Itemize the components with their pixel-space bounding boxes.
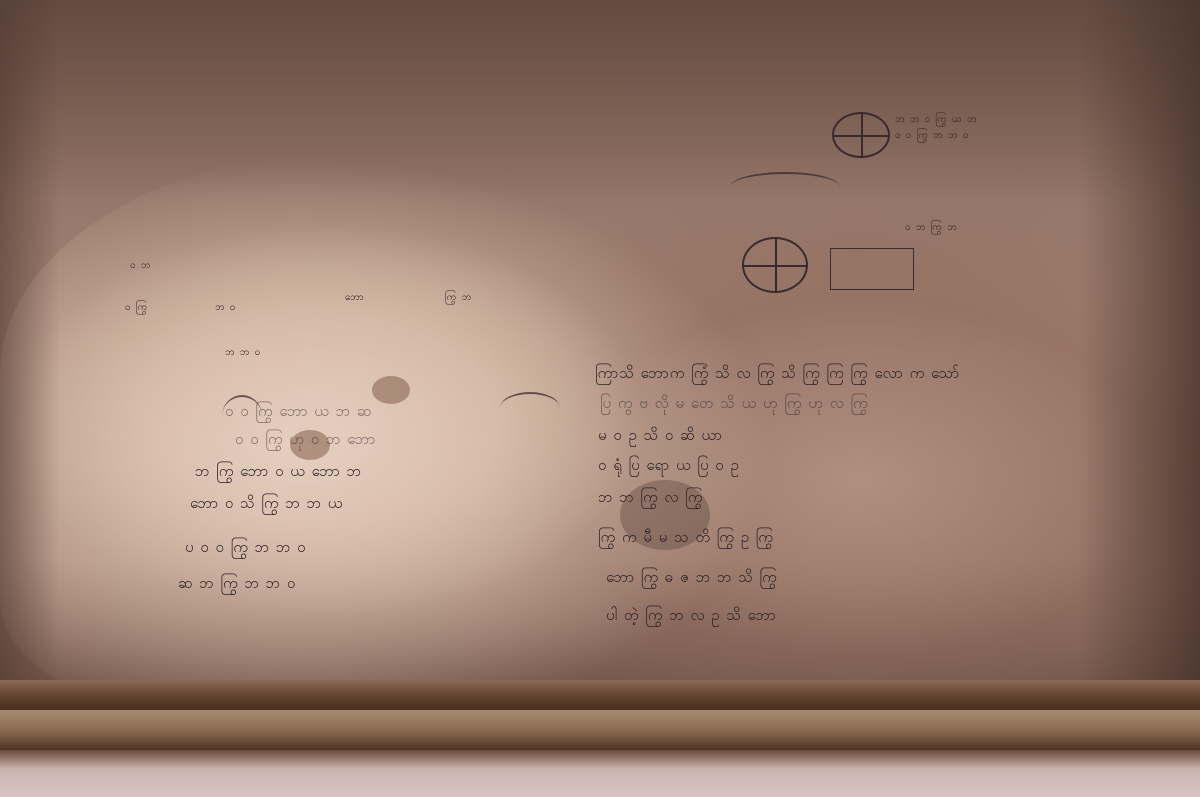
scattered-word: ဘ ဘ ဝ xyxy=(225,345,261,360)
stone-ledge-upper xyxy=(0,680,1200,710)
inscription-line: ပါ တဲ့ ကြွ ဘ လ ဥ သိ ဘော xyxy=(606,606,777,628)
scattered-word: ဘ ဝ xyxy=(215,300,236,315)
stone-ledge-middle xyxy=(0,710,1200,750)
astrological-circle-diagram xyxy=(832,112,890,158)
fish-drawing xyxy=(730,172,840,202)
inscription-line: ပြ ကွ ဗ လို မ ဝော သိ ယ ဟု ကြွ ဟု လ ကြွ xyxy=(600,394,869,416)
wall-stain xyxy=(372,376,410,404)
inscription-line: ဝ ရုံ ပြ ရော ယ ပြ ဝ ဥ xyxy=(598,456,740,478)
inscription-line: ဘော ကြွ ဓ ဇ ဘ ဘ သိ ကြွ xyxy=(606,568,778,590)
inscription-line: ဝ ဝ ကြွ ဟု ဝ ဘ ဘော xyxy=(235,430,376,452)
inscription-line: ဝ ဝ ကြွ ဘော ယ ဘ ဆ xyxy=(225,402,372,424)
scattered-word: ဝ ကြွ xyxy=(125,300,148,315)
scattered-word: ဘော xyxy=(345,290,365,305)
astrological-circle-diagram xyxy=(742,237,808,293)
scattered-word: ကြွ ဘ xyxy=(445,290,472,305)
inscription-note: ဝ ဝ ကြွ ဘ ဘ ဝ xyxy=(895,128,969,143)
temple-drawing xyxy=(830,248,914,290)
wall-photo: ဘ ဘ ဝ ကြွ ယ ဘ ဝ ဝ ကြွ ဘ ဘ ဝ ဝ ဘ ကြွ ဘ ဝ … xyxy=(0,0,1200,797)
bird-drawing xyxy=(500,392,560,424)
inscription-note: ဘ ဘ ဝ ကြွ ယ ဘ xyxy=(895,112,978,127)
scattered-word: ဝ ဘ xyxy=(130,258,151,273)
inscription-line: ကြာသိ ဘောက ကြွံ သိ လ ကြွ သိ ကြွ ကြ ကြွ လ… xyxy=(595,364,960,386)
stone-ledge-lower xyxy=(0,750,1200,797)
upper-wall-shadow xyxy=(0,0,1200,200)
inscription-line: မ ဝ ဥ သိ ဝ ဆိ ယာ xyxy=(598,426,723,448)
inscription-line: ဘ ကြွ ဘော ဝ ယ ဘော ဘ xyxy=(195,462,362,484)
inscription-line: ဘ ဘ ကြွ လ ကြွ xyxy=(598,488,703,510)
inscription-line: ပ ဝ ဝ ကြွ ဘ ဘ ဝ xyxy=(185,538,307,560)
inscription-note: ဝ ဘ ကြွ ဘ xyxy=(905,220,958,235)
left-shadow xyxy=(0,0,60,700)
inscription-line: ဘော ဝ သိ ကြွ ဘ ဘ ယ xyxy=(190,494,343,516)
inscription-line: ဆ ဘ ကြွ ဘ ဘ ဝ xyxy=(178,574,296,596)
inscription-line: ကြွ က မီ မ သ တိ ကြွ ဥ ကြွ xyxy=(598,528,774,550)
right-shadow xyxy=(1080,0,1200,700)
